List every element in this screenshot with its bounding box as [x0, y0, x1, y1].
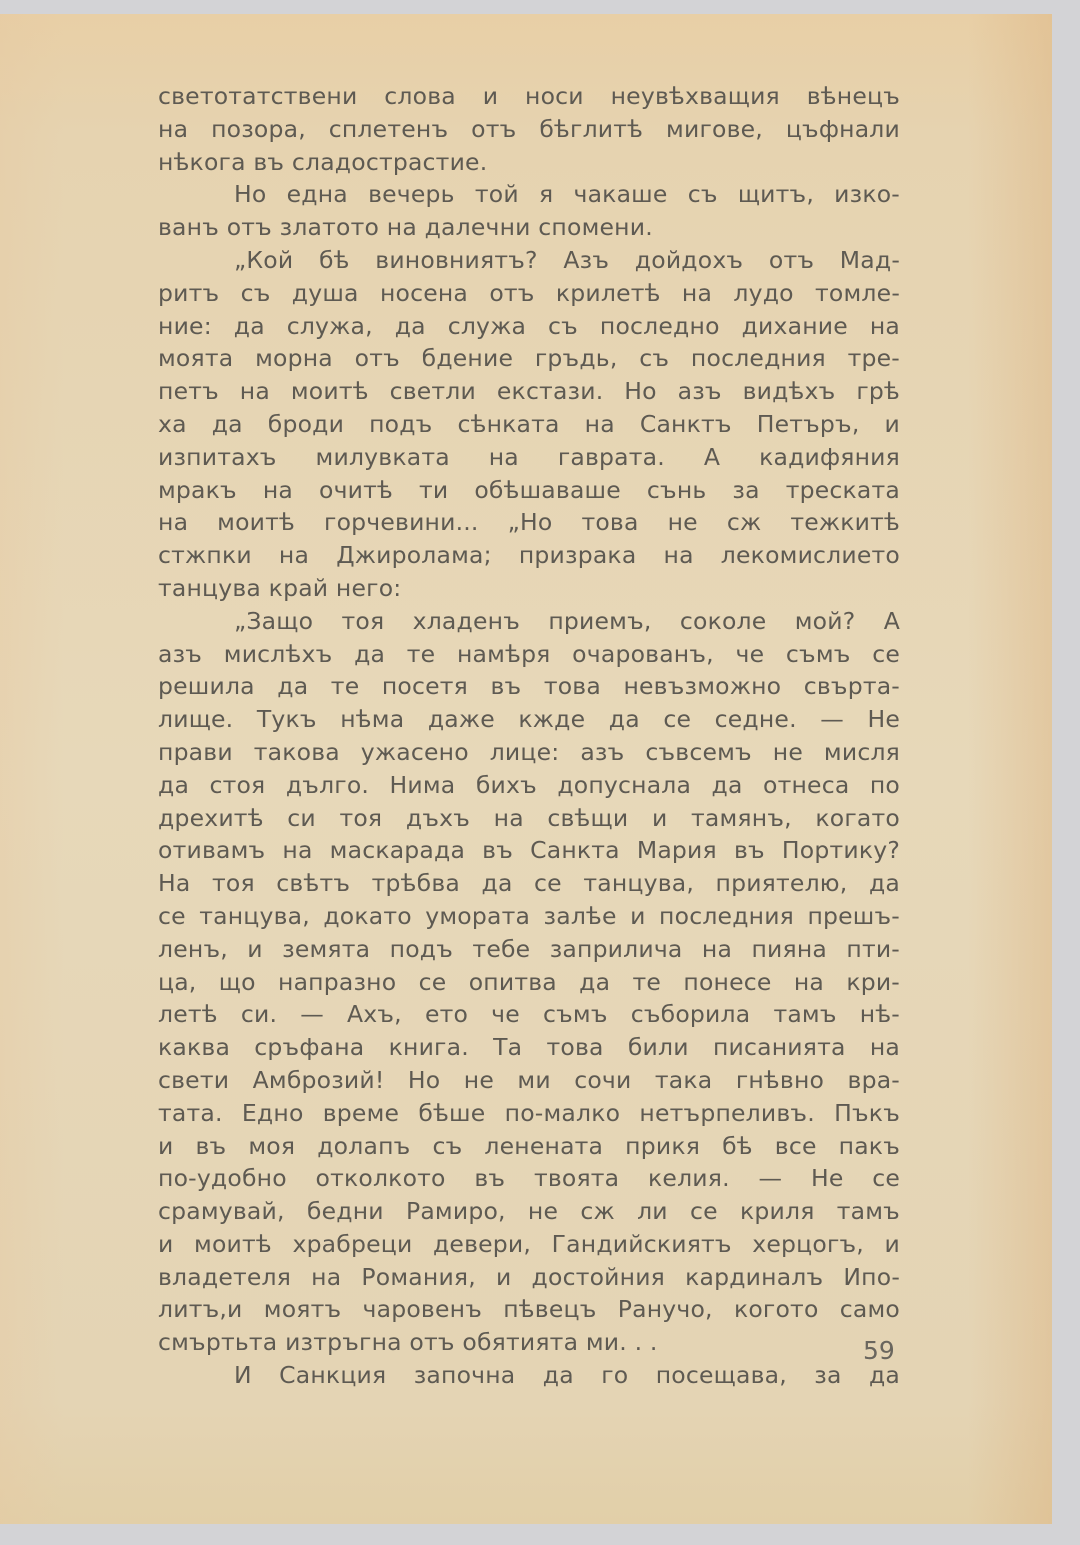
text-line: и моитѣ храбреци девери, Гандийскиятъ хе…	[158, 1228, 900, 1261]
text-line: мракъ на очитѣ ти обѣшаваше сънь за трес…	[158, 474, 900, 507]
text-line: светотатствени слова и носи неувѣхващия …	[158, 80, 900, 113]
text-line: ние: да служа, да служа съ последно диха…	[158, 310, 900, 343]
text-line: летѣ си. — Ахъ, ето че съмъ съборила там…	[158, 998, 900, 1031]
text-line: на моитѣ горчевини... „Но това не сж теж…	[158, 506, 900, 539]
text-line: свети Амброзий! Но не ми сочи така гнѣвн…	[158, 1064, 900, 1097]
text-line: литъ,и моятъ чаровенъ пѣвецъ Ранучо, ког…	[158, 1293, 900, 1326]
text-line: се танцува, докато умората залѣе и после…	[158, 900, 900, 933]
text-line: нѣкога въ сладострастие.	[158, 146, 900, 179]
text-line: отивамъ на маскарада въ Санкта Мария въ …	[158, 834, 900, 867]
page-number: 59	[863, 1336, 895, 1365]
text-line: изпитахъ милувката на гаврата. А кадифян…	[158, 441, 900, 474]
text-line: смъртьта изтръгна отъ обятията ми. . .	[158, 1326, 900, 1359]
page-inner: светотатствени слова и носи неувѣхващия …	[0, 14, 1052, 1524]
text-line: лище. Тукъ нѣма даже кжде да се седне. —…	[158, 703, 900, 736]
text-line: На тоя свѣтъ трѣбва да се танцува, прият…	[158, 867, 900, 900]
text-line: тата. Едно време бѣше по-малко нетърпели…	[158, 1097, 900, 1130]
text-line: И Санкция започна да го посещава, за да	[158, 1359, 900, 1392]
text-line: Но една вечерь той я чакаше съ щитъ, изк…	[158, 178, 900, 211]
text-line: по-удобно отколкото въ твоята келия. — Н…	[158, 1162, 900, 1195]
text-line: ванъ отъ златото на далечни спомени.	[158, 211, 900, 244]
text-line: решила да те посетя въ това невъзможно с…	[158, 670, 900, 703]
text-line: срамувай, бедни Рамиро, не сж ли се крил…	[158, 1195, 900, 1228]
text-line: „Кой бѣ виновниятъ? Азъ дойдохъ отъ Мад-	[158, 244, 900, 277]
text-line: танцува край него:	[158, 572, 900, 605]
text-line: каква сръфана книга. Та това били писани…	[158, 1031, 900, 1064]
text-line: ленъ, и земята подъ тебе заприлича на пи…	[158, 933, 900, 966]
text-line: „Защо тоя хладенъ приемъ, соколе мой? А	[158, 605, 900, 638]
text-line: да стоя дълго. Нима бихъ допуснала да от…	[158, 769, 900, 802]
text-line: и въ моя долапъ съ ленената прикя бѣ все…	[158, 1130, 900, 1163]
text-line: моята морна отъ бдение гръдь, съ последн…	[158, 342, 900, 375]
text-line: ха да броди подъ сѣнката на Санктъ Петър…	[158, 408, 900, 441]
text-line: дрехитѣ си тоя дъхъ на свѣщи и тамянъ, к…	[158, 802, 900, 835]
text-line: ца, що напразно се опитва да те понесе н…	[158, 966, 900, 999]
text-line: азъ мислѣхъ да те намѣря очарованъ, че с…	[158, 638, 900, 671]
body-text: светотатствени слова и носи неувѣхващия …	[158, 80, 900, 1392]
text-line: петъ на моитѣ светли екстази. Но азъ вид…	[158, 375, 900, 408]
text-line: прави такова ужасено лице: азъ съвсемъ н…	[158, 736, 900, 769]
text-line: владетеля на Романия, и достойния кардин…	[158, 1261, 900, 1294]
text-line: ритъ съ душа носена отъ крилетѣ на лудо …	[158, 277, 900, 310]
text-line: стжпки на Джиролама; призрака на лекомис…	[158, 539, 900, 572]
book-page: светотатствени слова и носи неувѣхващия …	[0, 14, 1052, 1524]
text-line: на позора, сплетенъ отъ бѣглитѣ мигове, …	[158, 113, 900, 146]
